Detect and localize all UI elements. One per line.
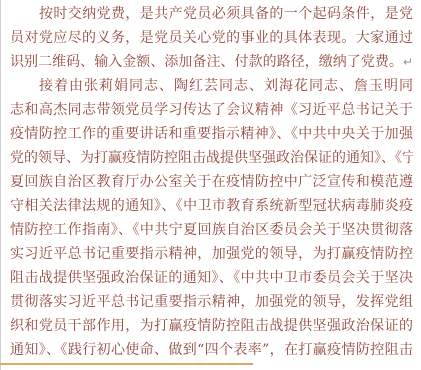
text-line: 接着由张莉娟同志、陶红芸同志、刘海花同志、詹玉明同 bbox=[10, 74, 413, 98]
text-line-content: 志和高杰同志带领党员学习传达了会议精神《习近平总书记关于 bbox=[10, 102, 413, 118]
document-text[interactable]: 按时交纳党费，是共产党员必须具备的一个起码条件，是党员对党应尽的义务，是党员关心… bbox=[10, 2, 413, 362]
text-line: 志和高杰同志带领党员学习传达了会议精神《习近平总书记关于 bbox=[10, 98, 413, 122]
text-line-content: 党的领导、为打赢疫情防控阻击战提供坚强政治保证的通知》、《宁 bbox=[10, 150, 413, 166]
text-line-content: 识别二维码、输入金额、添加备注、付款的路径，缴纳了党费。 bbox=[10, 54, 403, 70]
text-line-content: 接着由张莉娟同志、陶红芸同志、刘海花同志、詹玉明同 bbox=[39, 78, 413, 94]
table-top-border-line bbox=[0, 363, 253, 365]
text-line: 情防控工作指南》、《中共宁夏回族自治区委员会关于坚决贯彻落 bbox=[10, 218, 413, 242]
text-line: 识别二维码、输入金额、添加备注、付款的路径，缴纳了党费。↵ bbox=[10, 50, 413, 74]
text-line: 党的领导、为打赢疫情防控阻击战提供坚强政治保证的通知》、《宁 bbox=[10, 146, 413, 170]
text-line-content: 贯彻落实习近平总书记重要指示精神，加强党的领导，发挥党组 bbox=[10, 294, 413, 310]
text-line: 贯彻落实习近平总书记重要指示精神，加强党的领导，发挥党组 bbox=[10, 290, 413, 314]
text-line: 通知》、《践行初心使命、做到“四个表率”，在打赢疫情防控阻击 bbox=[10, 338, 413, 362]
text-line-content: 实习近平总书记重要指示精神，加强党的领导，为打赢疫情防控 bbox=[10, 246, 413, 262]
text-line-content: 员对党应尽的义务，是党员关心党的事业的具体表现。大家通过 bbox=[10, 30, 413, 46]
text-line-content: 阻击战提供坚强政治保证的通知》、《中共中卫市委员会关于坚决 bbox=[10, 270, 413, 286]
text-line-content: 夏回族自治区教育厅办公室关于在疫情防控中广泛宣传和模范遵 bbox=[10, 174, 413, 190]
text-line: 织和党员干部作用，为打赢疫情防控阻击战提供坚强政治保证的 bbox=[10, 314, 413, 338]
text-line: 按时交纳党费，是共产党员必须具备的一个起码条件，是党 bbox=[10, 2, 413, 26]
text-line: 守相关法律法规的通知》、《中卫市教育系统新型冠状病毒肺炎疫 bbox=[10, 194, 413, 218]
text-line: 阻击战提供坚强政治保证的通知》、《中共中卫市委员会关于坚决 bbox=[10, 266, 413, 290]
text-line-content: 通知》、《践行初心使命、做到“四个表率”，在打赢疫情防控阻击 bbox=[10, 342, 413, 358]
text-line-content: 情防控工作指南》、《中共宁夏回族自治区委员会关于坚决贯彻落 bbox=[10, 222, 413, 238]
text-line-content: 织和党员干部作用，为打赢疫情防控阻击战提供坚强政治保证的 bbox=[10, 318, 413, 334]
paragraph-return-mark-icon: ↵ bbox=[403, 55, 413, 69]
text-line: 员对党应尽的义务，是党员关心党的事业的具体表现。大家通过 bbox=[10, 26, 413, 50]
text-line: 疫情防控工作的重要讲话和重要指示精神》、《中共中央关于加强 bbox=[10, 122, 413, 146]
text-line: 实习近平总书记重要指示精神，加强党的领导，为打赢疫情防控 bbox=[10, 242, 413, 266]
text-line: 夏回族自治区教育厅办公室关于在疫情防控中广泛宣传和模范遵 bbox=[10, 170, 413, 194]
text-line-content: 守相关法律法规的通知》、《中卫市教育系统新型冠状病毒肺炎疫 bbox=[10, 198, 413, 214]
left-border-line bbox=[0, 0, 1, 370]
document-page: 按时交纳党费，是共产党员必须具备的一个起码条件，是党员对党应尽的义务，是党员关心… bbox=[0, 0, 421, 370]
text-line-content: 按时交纳党费，是共产党员必须具备的一个起码条件，是党 bbox=[39, 6, 413, 22]
text-line-content: 疫情防控工作的重要讲话和重要指示精神》、《中共中央关于加强 bbox=[10, 126, 413, 142]
